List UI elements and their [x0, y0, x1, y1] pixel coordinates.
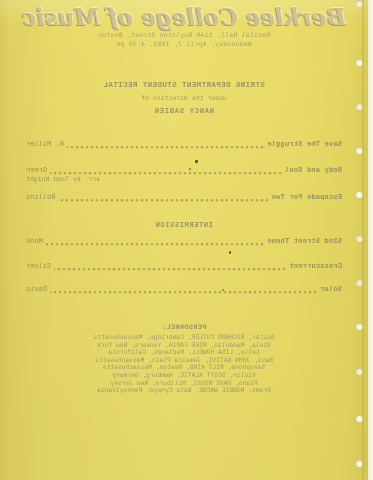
scan-speck: [189, 168, 191, 170]
piece-title: Crosscurrent: [289, 263, 342, 271]
program-row: Escapade For Two Rollins: [26, 194, 342, 202]
program-list: Save The Struggle R. Miller Body and Sou…: [26, 141, 342, 294]
dot-leader: [54, 265, 286, 271]
director-name: NANCY SABIEN: [0, 108, 368, 116]
dot-leader: [67, 143, 264, 149]
composer-name: Monk: [26, 238, 43, 246]
personnel-line: Cello, LISA HOWELL, Redlands, California: [0, 349, 368, 357]
paper-edge-shadow: [362, 0, 364, 480]
piece-title: Escapade For Two: [272, 194, 342, 202]
composer-name: Davis: [26, 286, 47, 294]
personnel-heading: PERSONNEL:: [0, 324, 368, 332]
scanner-background-strip: [368, 0, 373, 480]
program-row: 52nd Street Theme Monk: [26, 238, 342, 246]
personnel-block: Guitar, RICHARD CUTLER, Cambridge, Massa…: [0, 334, 368, 395]
dot-leader: [46, 240, 264, 246]
program-row: Crosscurrent Silver: [26, 263, 342, 271]
intermission-label: INTERMISSION: [26, 222, 342, 230]
composer-name: Rollins: [26, 194, 55, 202]
scan-speck: [229, 251, 231, 254]
personnel-line: Piano, DAVE ROSSI, Millburn, New Jersey: [0, 380, 368, 388]
letterhead: Berklee College of Music Recital Hall, 1…: [0, 5, 368, 49]
personnel-line: Saxophone, MILT KING, Newton, Massachuse…: [0, 364, 368, 372]
personnel-line: Violin, SCOTT KLATIC, Hamburg, Germany: [0, 372, 368, 380]
mirrored-print-layer: Berklee College of Music Recital Hall, 1…: [0, 0, 368, 480]
berklee-logo: Berklee College of Music: [0, 5, 368, 31]
direction-subtitle: under the direction of: [0, 95, 368, 102]
scan-speck: [195, 160, 198, 163]
program-row: Body and Soul Green: [26, 167, 342, 175]
personnel-line: Bass, JOHN NATIVI, Jamaica Plain, Massac…: [0, 357, 368, 365]
address-line-1: Recital Hall, 1140 Boylston Street, Bost…: [0, 31, 368, 40]
personnel-line: Viola, Mandolin, MIKE FARIA, Yonkers, Ne…: [0, 342, 368, 350]
dot-leader: [50, 288, 317, 294]
personnel-line: Drums, ROBBIE WACRE, Bala Cynwyd, Pennsy…: [0, 387, 368, 395]
piece-title: Body and Soul: [285, 167, 342, 175]
paper-sheet: Berklee College of Music Recital Hall, 1…: [0, 0, 368, 480]
program-row: Save The Struggle R. Miller: [26, 141, 342, 149]
composer-name: R. Miller: [26, 141, 64, 149]
arranger-credit: arr. by Todd Knight: [26, 176, 342, 184]
recital-title: STRING DEPARTMENT STUDENT RECITAL: [0, 82, 368, 90]
program-row: Solar Davis: [26, 286, 342, 294]
personnel-line: Guitar, RICHARD CUTLER, Cambridge, Massa…: [0, 334, 368, 342]
piece-title: 52nd Street Theme: [267, 238, 342, 246]
piece-title: Save The Struggle: [267, 141, 342, 149]
piece-title: Solar: [320, 286, 342, 294]
scan-speck: [222, 289, 224, 291]
dot-leader: [50, 169, 282, 175]
recital-heading-block: STRING DEPARTMENT STUDENT RECITAL under …: [0, 82, 368, 116]
composer-name: Silver: [26, 263, 51, 271]
dot-leader: [58, 196, 268, 202]
address-line-2: Wednesday, April 7, 1982, 4:30 pm: [0, 40, 368, 49]
composer-name: Green: [26, 167, 47, 175]
